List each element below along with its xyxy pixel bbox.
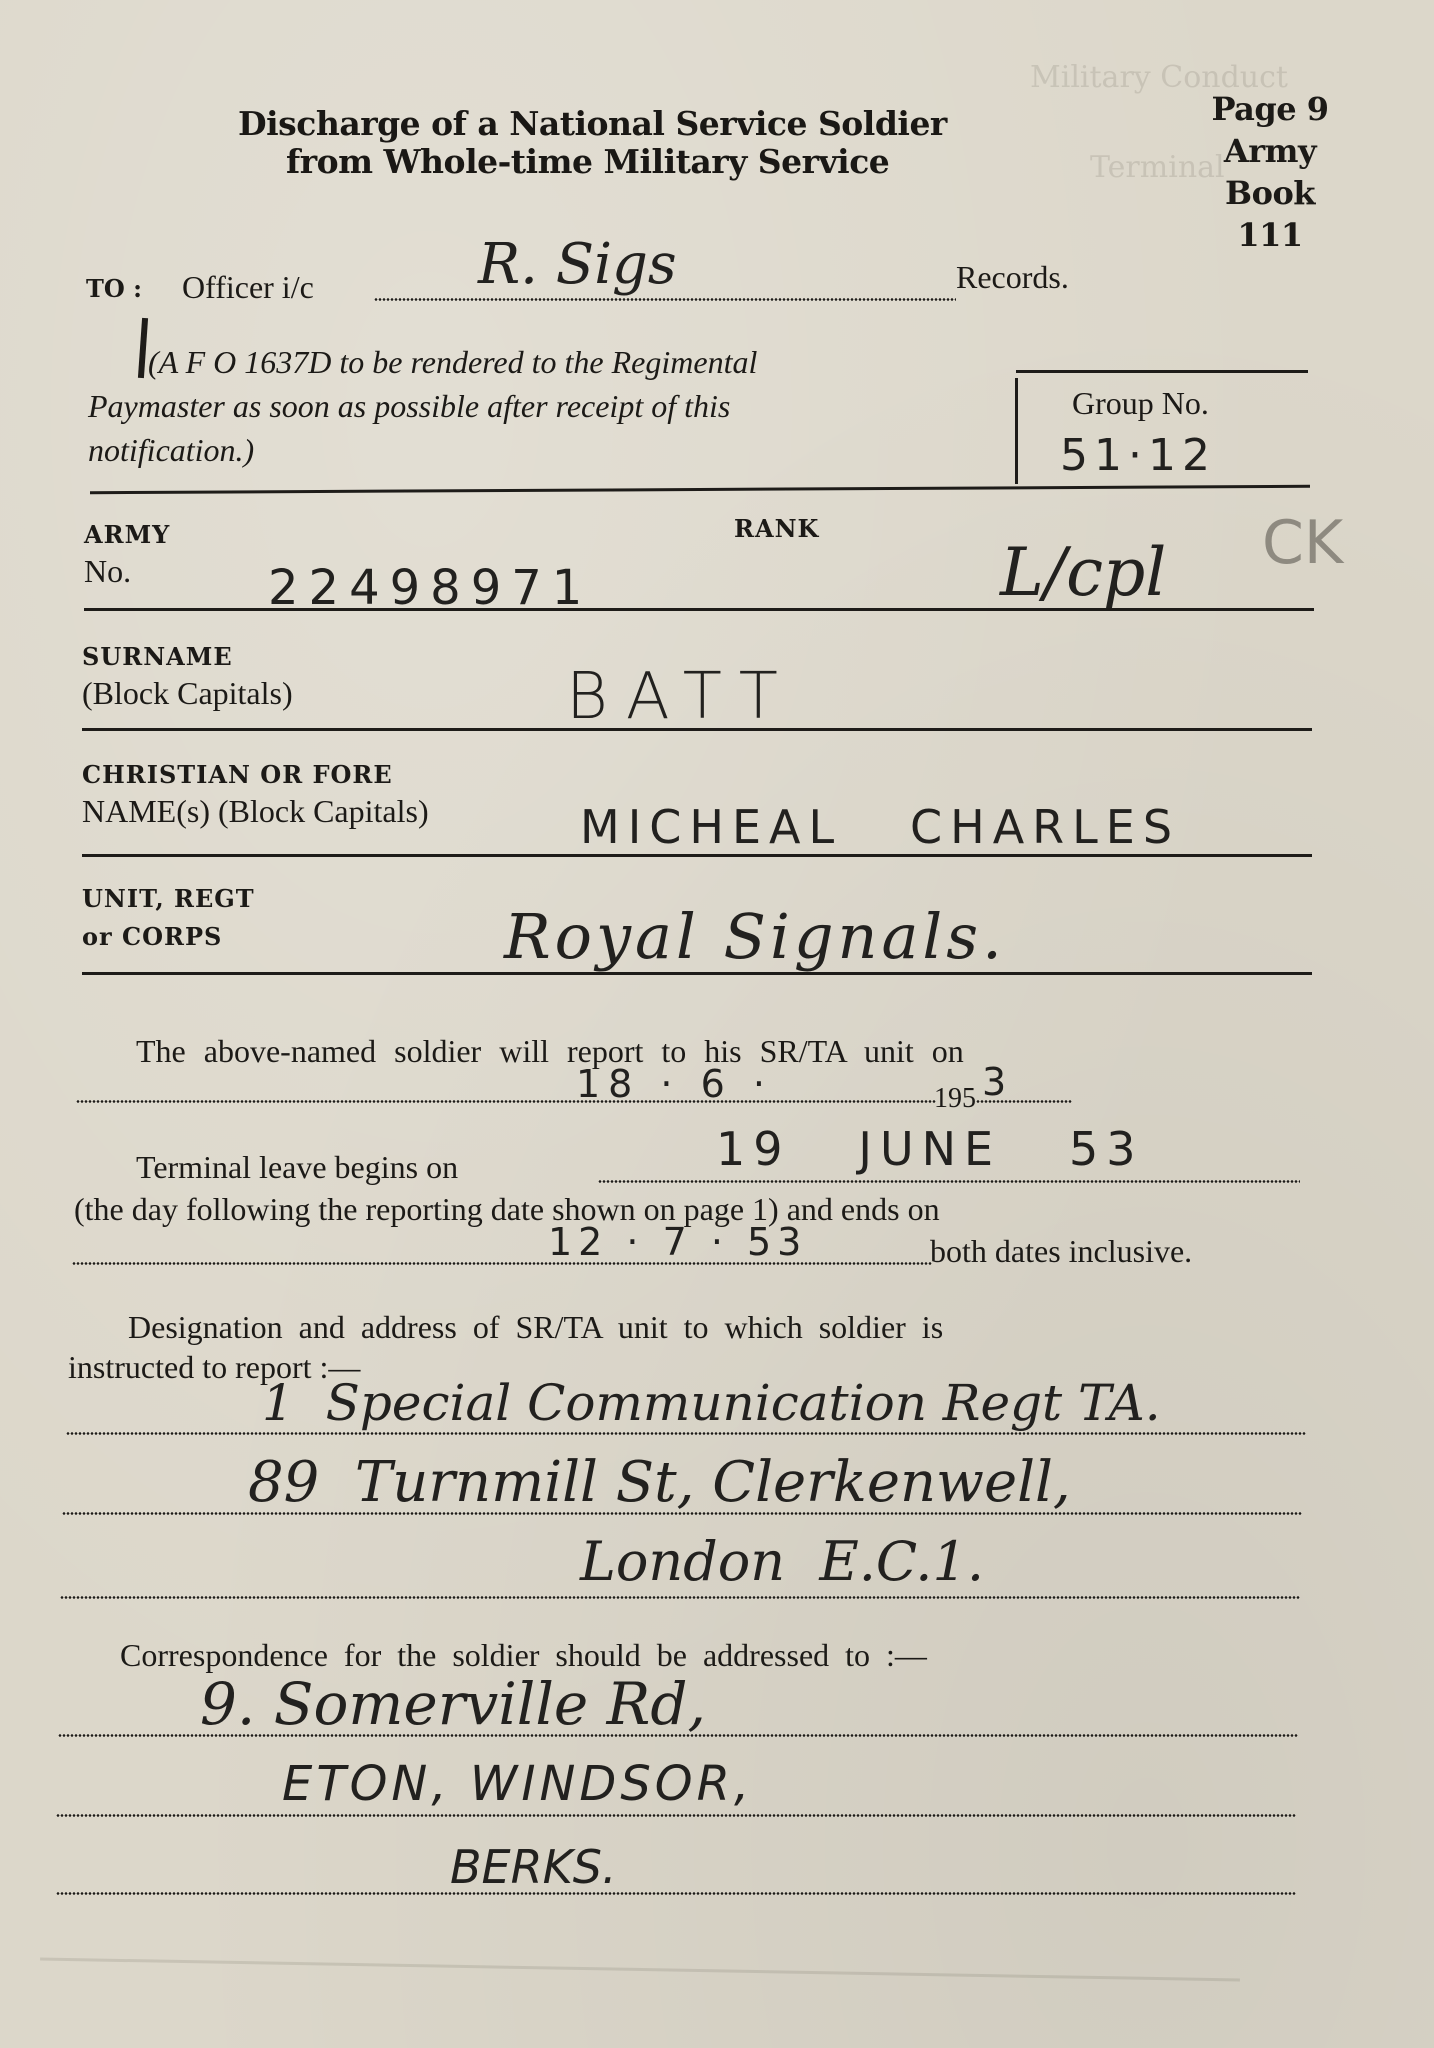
correspondence-rule2: [56, 1814, 1296, 1817]
officer-value: R. Sigs: [478, 232, 677, 297]
to-label: TO :: [86, 274, 142, 303]
report-date-line: [76, 1100, 936, 1103]
instruction-line2: Paymaster as soon as possible after rece…: [88, 384, 730, 428]
unit-address-line2: 89 Turnmill St, Clerkenwell,: [248, 1450, 1071, 1515]
terminal-leave-ends-value: 12 · 7 · 53: [548, 1220, 807, 1264]
surname-label: SURNAME: [82, 642, 233, 671]
instruction-line1: (A F O 1637D to be rendered to the Regim…: [148, 340, 757, 384]
group-box-divider: [1015, 378, 1018, 484]
terminal-leave-ends-line: [72, 1262, 932, 1265]
unit-address-rule3: [60, 1596, 1300, 1599]
forename-value: MICHEAL CHARLES: [580, 800, 1180, 854]
unit-address-rule1: [66, 1432, 1306, 1435]
form-title-line2: from Whole-time Military Service: [286, 142, 889, 182]
page-ref-book-number: 111: [1205, 214, 1335, 256]
correspondence-instruction: Correspondence for the soldier should be…: [120, 1636, 927, 1674]
margin-initials: CK: [1262, 508, 1343, 578]
terminal-leave-label: Terminal leave begins on: [136, 1148, 458, 1186]
page-ref-book: Book: [1205, 172, 1335, 214]
unit-address-line3: London E.C.1.: [580, 1530, 984, 1593]
page-reference: Page 9 Army Book 111: [1205, 88, 1335, 256]
records-label: Records.: [956, 258, 1069, 296]
officer-label: Officer i/c: [182, 268, 314, 306]
document-page: Military Conduct Terminal Discharge of a…: [0, 0, 1434, 2048]
rank-value: L/cpl: [1000, 534, 1166, 611]
section-rule: [90, 485, 1310, 494]
surname-sublabel: (Block Capitals): [82, 674, 293, 712]
unit-value: Royal Signals.: [504, 900, 1006, 973]
army-no-rule: [84, 608, 1314, 611]
report-year-line: [976, 1100, 1072, 1103]
terminal-leave-note: (the day following the reporting date sh…: [74, 1190, 940, 1228]
correspondence-line3: BERKS.: [450, 1840, 617, 1894]
group-value: 51·12: [1060, 430, 1216, 481]
surname-value: BATT: [566, 660, 796, 734]
instruction-line3: notification.): [88, 428, 254, 472]
unit-address-line1: 1 Special Communication Regt TA.: [262, 1374, 1161, 1432]
unit-rule: [82, 972, 1312, 975]
unit-label: UNIT, REGT: [82, 884, 255, 913]
forename-rule: [82, 854, 1312, 857]
no-label: No.: [84, 552, 131, 590]
unit-address-rule2: [62, 1512, 1302, 1515]
report-year-prefix: 195: [934, 1080, 976, 1118]
terminal-leave-begins-value: 19 JUNE 53: [716, 1122, 1144, 1176]
form-title-line1: Discharge of a National Service Soldier: [238, 104, 947, 144]
forename-label: CHRISTIAN OR FORE: [82, 760, 393, 789]
terminal-leave-ends-suffix: both dates inclusive.: [930, 1232, 1192, 1270]
page-number: Page 9: [1205, 88, 1335, 130]
surname-rule: [82, 728, 1312, 731]
page-ref-army: Army: [1205, 130, 1335, 172]
unit-address-instruction-line1: Designation and address of SR/TA unit to…: [128, 1308, 943, 1346]
rank-label: RANK: [734, 514, 819, 543]
terminal-leave-begins-line: [598, 1180, 1300, 1183]
correspondence-rule3: [56, 1892, 1296, 1895]
bleed-through-rule: [40, 1958, 1240, 1982]
group-box-top-rule: [1016, 370, 1308, 373]
forename-sublabel: NAME(s) (Block Capitals): [82, 792, 429, 830]
officer-dotted-line: [374, 298, 956, 301]
report-text: The above-named soldier will report to h…: [136, 1032, 964, 1070]
correspondence-rule1: [58, 1734, 1298, 1737]
correspondence-line1: 9. Somerville Rd,: [200, 1670, 706, 1738]
group-label: Group No.: [1072, 384, 1209, 422]
correspondence-line2: ETON, WINDSOR,: [282, 1756, 753, 1812]
report-year-value: 3: [982, 1060, 1006, 1104]
margin-tick-mark: [138, 318, 148, 378]
army-label: ARMY: [84, 520, 170, 549]
unit-sublabel: or CORPS: [82, 922, 222, 951]
